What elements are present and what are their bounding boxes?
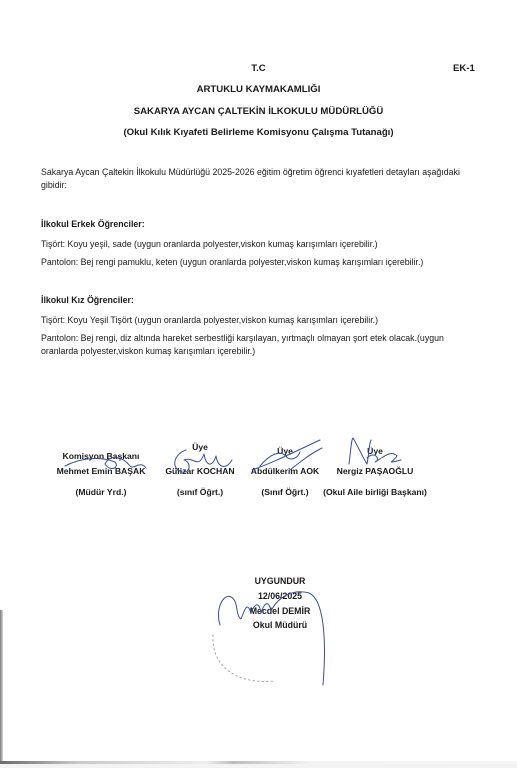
header-district: ARTUKLU KAYMAKAMLIĞI	[0, 84, 517, 95]
signatory-1-role: (Müdür Yrd.)	[56, 487, 146, 497]
boys-pants: Pantolon: Bej rengi pamuklu, keten (uygu…	[41, 256, 423, 269]
header-title: (Okul Kılık Kıyafeti Belirleme Komisyonu…	[0, 127, 517, 138]
header-tc: T.C	[0, 63, 517, 74]
scan-edge-left	[0, 610, 3, 762]
signature-1-icon	[60, 448, 150, 478]
section-title-boys: İlkokul Erkek Öğrenciler:	[41, 218, 145, 231]
signatory-2-role: (sınıf Öğrt.)	[155, 487, 245, 497]
girls-skirt: Pantolon: Bej rengi, diz altında hareket…	[41, 332, 471, 358]
signature-4-icon	[345, 436, 405, 468]
annex-label: EK-1	[453, 63, 475, 74]
header-school: SAKARYA AYCAN ÇALTEKİN İLKOKULU MÜDÜRLÜĞ…	[0, 106, 517, 117]
section-title-girls: İlkokul Kız Öğrenciler:	[41, 294, 134, 307]
signatory-4-role: (Okul Aile birliği Başkanı)	[312, 487, 438, 497]
girls-tshirt: Tişört: Koyu Yeşil Tişört (uygun oranlar…	[41, 314, 378, 327]
principal-signature-icon	[205, 585, 335, 695]
signature-3-icon	[250, 436, 330, 476]
boys-tshirt: Tişört: Koyu yeşil, sade (uygun oranlard…	[41, 238, 378, 251]
signature-2-icon	[168, 444, 238, 478]
scan-margin	[0, 764, 517, 768]
intro-paragraph: Sakarya Aycan Çaltekin İlkokulu Müdürlüğ…	[41, 166, 461, 192]
